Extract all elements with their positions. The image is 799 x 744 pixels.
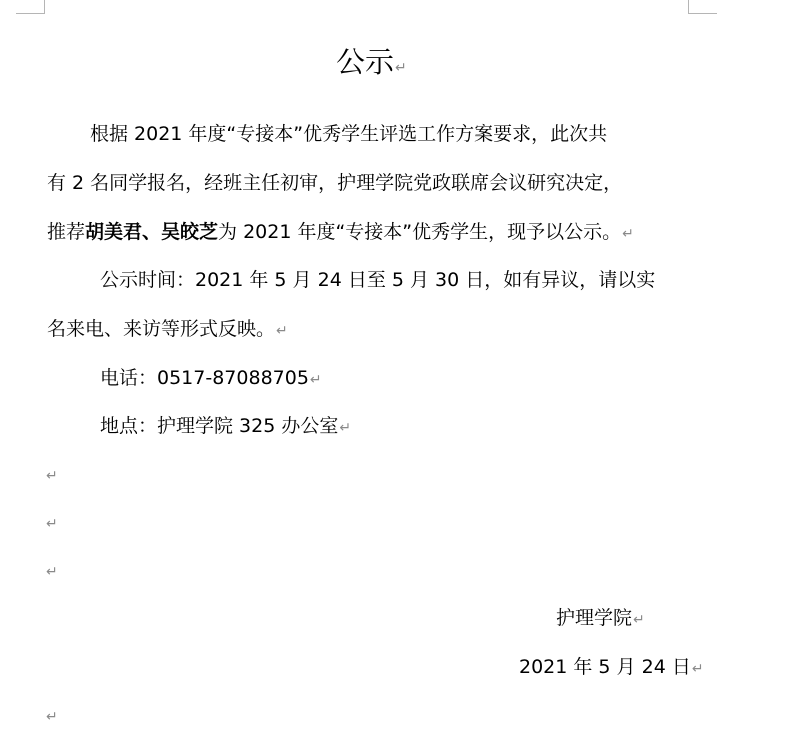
paragraph-mark-icon: ↵ <box>633 612 645 628</box>
margin-corner-mark-right <box>688 0 717 14</box>
signature-organization: 护理学院↵ <box>556 606 645 632</box>
body-line: 有 2 名同学报名，经班主任初审，护理学院党政联席会议研究决定， <box>47 171 622 195</box>
title-text: 公示 <box>336 45 394 79</box>
paragraph-mark-icon: ↵ <box>692 661 704 677</box>
phone-text: 电话：0517-87088705 <box>100 367 309 389</box>
phone-line: 电话：0517-87088705↵ <box>100 366 322 392</box>
body-text: 有 2 名同学报名，经班主任初审，护理学院党政联席会议研究决定， <box>47 172 622 194</box>
paragraph-mark-icon: ↵ <box>46 564 58 580</box>
document-title: 公示↵ <box>336 44 407 86</box>
body-text: 公示时间：2021 年 5 月 24 日至 5 月 30 日，如有异议，请以实 <box>100 269 655 291</box>
body-line: 推荐胡美君、吴皎芝为 2021 年度“专接本”优秀学生，现予以公示。↵ <box>47 220 634 246</box>
body-text: 根据 2021 年度“专接本”优秀学生评选工作方案要求，此次共 <box>90 123 607 145</box>
body-line: 名来电、来访等形式反映。↵ <box>47 317 288 343</box>
empty-paragraph: ↵ <box>45 558 58 584</box>
student-names: 胡美君、吴皎芝 <box>85 221 218 243</box>
paragraph-mark-icon: ↵ <box>310 372 322 388</box>
body-text: 推荐 <box>47 221 85 243</box>
location-text: 地点：护理学院 325 办公室 <box>100 415 338 437</box>
paragraph-mark-icon: ↵ <box>395 60 407 76</box>
body-line: 根据 2021 年度“专接本”优秀学生评选工作方案要求，此次共 <box>90 122 607 146</box>
margin-corner-mark-left <box>16 0 45 14</box>
body-text: 名来电、来访等形式反映。 <box>47 318 275 340</box>
body-line: 公示时间：2021 年 5 月 24 日至 5 月 30 日，如有异议，请以实 <box>100 268 655 292</box>
paragraph-mark-icon: ↵ <box>46 516 58 532</box>
paragraph-mark-icon: ↵ <box>622 226 634 242</box>
paragraph-mark-icon: ↵ <box>46 468 58 484</box>
empty-paragraph: ↵ <box>45 703 58 729</box>
body-text: 为 2021 年度“专接本”优秀学生，现予以公示。 <box>218 221 621 243</box>
paragraph-mark-icon: ↵ <box>46 709 58 725</box>
date-text: 2021 年 5 月 24 日 <box>519 656 691 678</box>
paragraph-mark-icon: ↵ <box>339 420 351 436</box>
empty-paragraph: ↵ <box>45 462 58 488</box>
signature-date: 2021 年 5 月 24 日↵ <box>519 655 704 681</box>
paragraph-mark-icon: ↵ <box>276 323 288 339</box>
empty-paragraph: ↵ <box>45 510 58 536</box>
location-line: 地点：护理学院 325 办公室↵ <box>100 414 351 440</box>
organization-text: 护理学院 <box>556 607 632 629</box>
